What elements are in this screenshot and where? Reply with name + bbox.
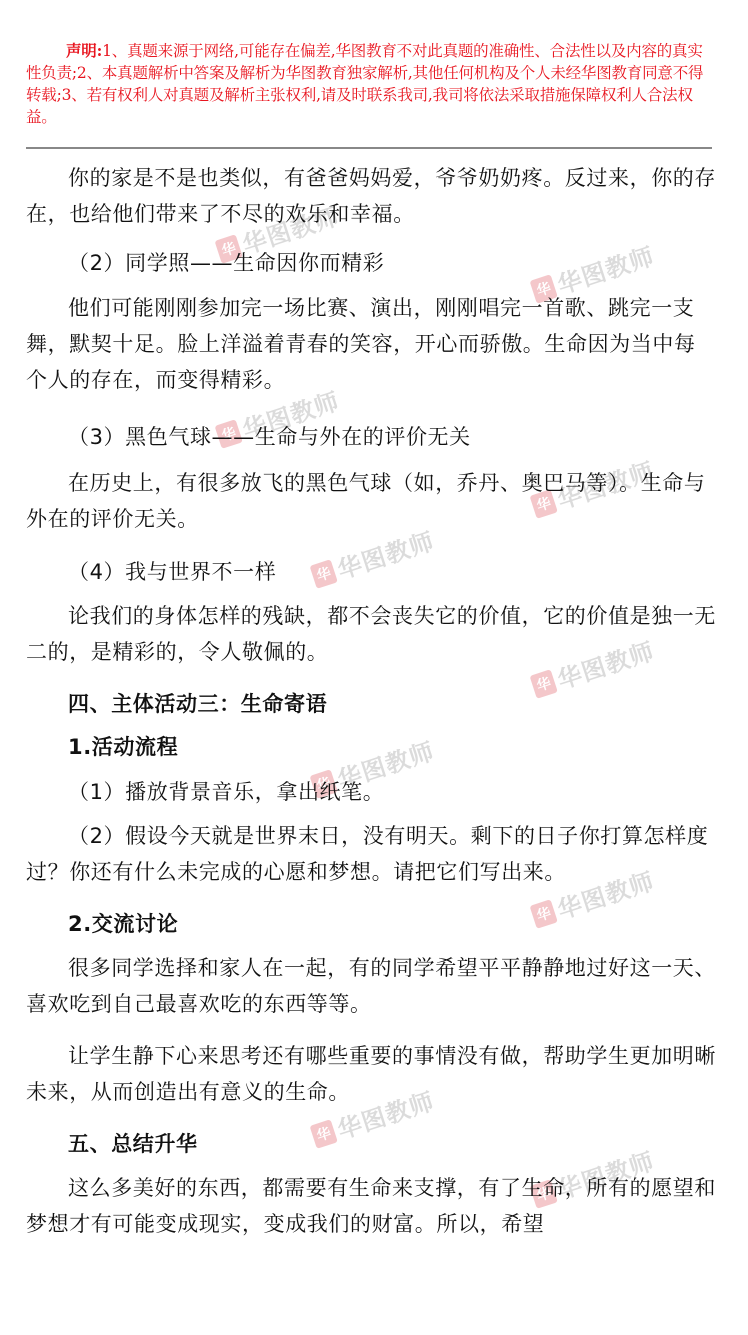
heading-activity-flow: 1.活动流程	[26, 729, 716, 765]
subheading-classmate-photo: （2）同学照——生命因你而精彩	[26, 245, 716, 281]
paragraph-family: 你的家是不是也类似，有爸爸妈妈爱，爷爷奶奶疼。反过来，你的存在，也给他们带来了不…	[26, 160, 716, 232]
disclaimer-text: 1、真题来源于网络,可能存在偏差,华图教育不对此真题的准确性、合法性以及内容的真…	[26, 42, 703, 126]
paragraph-choices: 很多同学选择和家人在一起，有的同学希望平平静静地过好这一天、喜欢吃到自己最喜欢吃…	[26, 950, 716, 1022]
heading-discussion: 2.交流讨论	[26, 906, 716, 942]
paragraph-reflection: 让学生静下心来思考还有哪些重要的事情没有做，帮助学生更加明晰未来，从而创造出有意…	[26, 1038, 716, 1110]
subheading-black-balloon: （3）黑色气球——生命与外在的评价无关	[26, 419, 716, 455]
section-heading-four: 四、主体活动三：生命寄语	[26, 686, 716, 722]
paragraph-summary: 这么多美好的东西，都需要有生命来支撑，有了生命，所有的愿望和梦想才有可能变成现实…	[26, 1170, 716, 1242]
paragraph-history: 在历史上，有很多放飞的黑色气球（如，乔丹、奥巴马等）。生命与外在的评价无关。	[26, 465, 716, 537]
paragraph-value: 论我们的身体怎样的残缺，都不会丧失它的价值，它的价值是独一无二的，是精彩的，令人…	[26, 598, 716, 670]
paragraph-classmates: 他们可能刚刚参加完一场比赛、演出，刚刚唱完一首歌、跳完一支舞，默契十足。脸上洋溢…	[26, 290, 716, 398]
step-one: （1）播放背景音乐，拿出纸笔。	[26, 774, 716, 810]
disclaimer-label: 声明:	[66, 41, 102, 60]
disclaimer-notice: 声明:1、真题来源于网络,可能存在偏差,华图教育不对此真题的准确性、合法性以及内…	[26, 40, 710, 128]
section-heading-five: 五、总结升华	[26, 1126, 716, 1162]
step-two: （2）假设今天就是世界末日，没有明天。剩下的日子你打算怎样度过？你还有什么未完成…	[26, 818, 716, 890]
subheading-me-and-world: （4）我与世界不一样	[26, 554, 716, 590]
header-divider	[26, 147, 712, 149]
